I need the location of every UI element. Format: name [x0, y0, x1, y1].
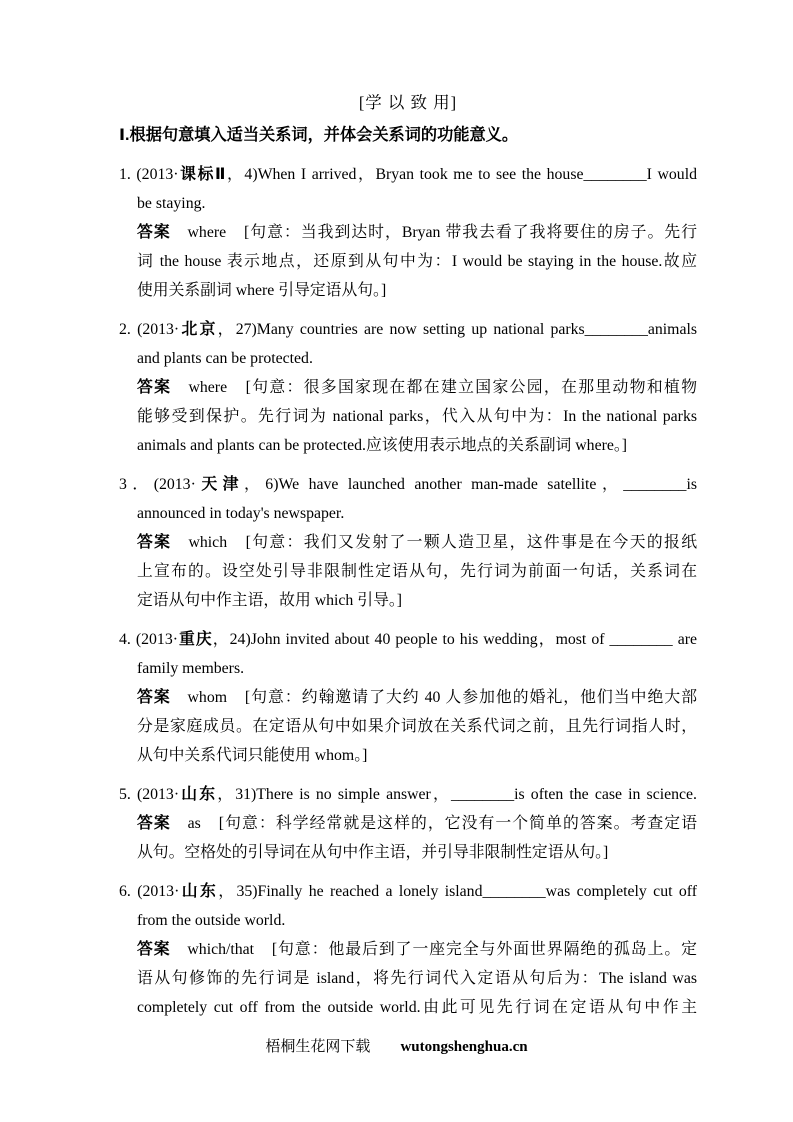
answer-line: 答案 as [句意：科学经常就是这样的，它没有一个简单的答案。考查定语 [137, 809, 697, 838]
text-run: announced in today's newspaper. [137, 505, 344, 522]
text-run: where [句意：很多国家现在都在建立国家公园，在那里动物和植物 [171, 379, 697, 396]
text-run: ，35)Finally he reached a lonely island__… [218, 883, 697, 900]
document-page: [学 以 致 用] Ⅰ.根据句意填入适当关系词，并体会关系词的功能意义。 1. … [0, 0, 793, 1122]
question-block: 6. (2013·山东，35)Finally he reached a lone… [119, 877, 697, 1022]
text-run: ，31)There is no simple answer，________is… [217, 786, 697, 803]
question-stem-line: announced in today's newspaper. [137, 499, 697, 528]
answer-line: 使用关系副词 where 引导定语从句。] [137, 276, 697, 305]
answer-label: 答案 [137, 815, 171, 832]
text-run: 5. (2013· [119, 786, 179, 803]
document-content: [学 以 致 用] Ⅰ.根据句意填入适当关系词，并体会关系词的功能意义。 1. … [119, 88, 697, 1022]
text-run: from the outside world. [137, 912, 285, 929]
exam-source: 天津 [196, 476, 244, 493]
footer-site-name: 梧桐生花网下载 [265, 1039, 370, 1055]
answer-line: 答案 which [句意：我们又发射了一颗人造卫星，这件事是在今天的报纸 [137, 528, 697, 557]
answer-label: 答案 [137, 689, 171, 706]
answer-line: 答案 which/that [句意：他最后到了一座完全与外面世界隔绝的孤岛上。定 [137, 935, 697, 964]
question-stem-line: 5. (2013·山东，31)There is no simple answer… [119, 780, 697, 809]
text-run: and plants can be protected. [137, 350, 313, 367]
answer-label: 答案 [137, 941, 171, 958]
question-stem-line: be staying. [137, 189, 697, 218]
answer-line: 定语从句中作主语，故用 which 引导。] [137, 586, 697, 615]
text-run: be staying. [137, 195, 205, 212]
answer-line: 答案 whom [句意：约翰邀请了大约 40 人参加他的婚礼，他们当中绝大部 [137, 683, 697, 712]
text-run: ，6)We have launched another man-made sat… [244, 476, 697, 493]
text-run: completely cut off from the outside worl… [137, 999, 697, 1016]
text-run: as [句意：科学经常就是这样的，它没有一个简单的答案。考查定语 [171, 815, 697, 832]
questions: 1. (2013·课标Ⅱ，4)When I arrived，Bryan took… [119, 160, 697, 1022]
question-stem-line: 2. (2013·北京，27)Many countries are now se… [119, 315, 697, 344]
text-run: 分是家庭成员。在定语从句中如果介词放在关系代词之前，且先行词指人时， [137, 718, 697, 735]
answer-line: 分是家庭成员。在定语从句中如果介词放在关系代词之前，且先行词指人时， [137, 712, 697, 741]
question-stem-line: 3．(2013·天津，6)We have launched another ma… [119, 470, 697, 499]
exam-source: 山东 [179, 883, 218, 900]
text-run: ，27)Many countries are now setting up na… [218, 321, 697, 338]
exam-source: 山东 [179, 786, 217, 803]
answer-line: 答案 where [句意：当我到达时，Bryan 带我去看了我将要住的房子。先行 [137, 218, 697, 247]
question-stem-line: and plants can be protected. [137, 344, 697, 373]
text-run: which/that [句意：他最后到了一座完全与外面世界隔绝的孤岛上。定 [171, 941, 697, 958]
question-block: 4. (2013·重庆，24)John invited about 40 peo… [119, 625, 697, 770]
question-block: 1. (2013·课标Ⅱ，4)When I arrived，Bryan took… [119, 160, 697, 305]
text-run: family members. [137, 660, 244, 677]
text-run: which [句意：我们又发射了一颗人造卫星，这件事是在今天的报纸 [171, 534, 697, 551]
answer-line: 上宣布的。设空处引导非限制性定语从句，先行词为前面一句话，关系词在 [137, 557, 697, 586]
page-title: [学 以 致 用] [119, 88, 697, 117]
exam-source: 北京 [179, 321, 217, 338]
answer-label: 答案 [137, 224, 171, 241]
text-run: 3．(2013· [119, 476, 196, 493]
text-run: 能够受到保护。先行词为 national parks，代入从句中为：In the… [137, 408, 697, 425]
answer-line: 语从句修饰的先行词是 island，将先行词代入定语从句后为：The islan… [137, 964, 697, 993]
answer-line: 词 the house 表示地点，还原到从句中为：I would be stay… [137, 247, 697, 276]
answer-label: 答案 [137, 379, 171, 396]
answer-line: 答案 where [句意：很多国家现在都在建立国家公园，在那里动物和植物 [137, 373, 697, 402]
page-footer: 梧桐生花网下载wutongshenghua.cn [0, 1036, 793, 1058]
question-stem-line: family members. [137, 654, 697, 683]
text-run: 使用关系副词 where 引导定语从句。] [137, 282, 386, 299]
text-run: ，24)John invited about 40 people to his … [213, 631, 697, 648]
question-stem-line: from the outside world. [137, 906, 697, 935]
text-run: 从句中关系代词只能使用 whom。] [137, 747, 367, 764]
question-stem-line: 4. (2013·重庆，24)John invited about 40 peo… [119, 625, 697, 654]
text-run: ，4)When I arrived，Bryan took me to see t… [227, 166, 697, 183]
text-run: 1. (2013· [119, 166, 179, 183]
text-run: where [句意：当我到达时，Bryan 带我去看了我将要住的房子。先行 [171, 224, 697, 241]
question-stem-line: 6. (2013·山东，35)Finally he reached a lone… [119, 877, 697, 906]
answer-line: animals and plants can be protected.应该使用… [137, 431, 697, 460]
text-run: 4. (2013· [119, 631, 178, 648]
answer-line: 从句。空格处的引导词在从句中作主语，并引导非限制性定语从句。] [137, 838, 697, 867]
section-heading: Ⅰ.根据句意填入适当关系词，并体会关系词的功能意义。 [119, 121, 697, 150]
text-run: 上宣布的。设空处引导非限制性定语从句，先行词为前面一句话，关系词在 [137, 563, 697, 580]
text-run: 从句。空格处的引导词在从句中作主语，并引导非限制性定语从句。] [137, 844, 608, 861]
exam-source: 重庆 [178, 631, 213, 648]
answer-label: 答案 [137, 534, 171, 551]
text-run: 定语从句中作主语，故用 which 引导。] [137, 592, 402, 609]
question-block: 2. (2013·北京，27)Many countries are now se… [119, 315, 697, 460]
text-run: 2. (2013· [119, 321, 179, 338]
text-run: 6. (2013· [119, 883, 179, 900]
question-stem-line: 1. (2013·课标Ⅱ，4)When I arrived，Bryan took… [119, 160, 697, 189]
question-block: 3．(2013·天津，6)We have launched another ma… [119, 470, 697, 615]
exam-source: 课标Ⅱ [179, 166, 227, 183]
footer-site-url: wutongshenghua.cn [400, 1039, 527, 1055]
text-run: 语从句修饰的先行词是 island，将先行词代入定语从句后为：The islan… [137, 970, 697, 987]
text-run: 词 the house 表示地点，还原到从句中为：I would be stay… [137, 253, 697, 270]
answer-line: completely cut off from the outside worl… [137, 993, 697, 1022]
question-block: 5. (2013·山东，31)There is no simple answer… [119, 780, 697, 867]
text-run: whom [句意：约翰邀请了大约 40 人参加他的婚礼，他们当中绝大部 [171, 689, 697, 706]
text-run: animals and plants can be protected.应该使用… [137, 437, 627, 454]
answer-line: 从句中关系代词只能使用 whom。] [137, 741, 697, 770]
answer-line: 能够受到保护。先行词为 national parks，代入从句中为：In the… [137, 402, 697, 431]
